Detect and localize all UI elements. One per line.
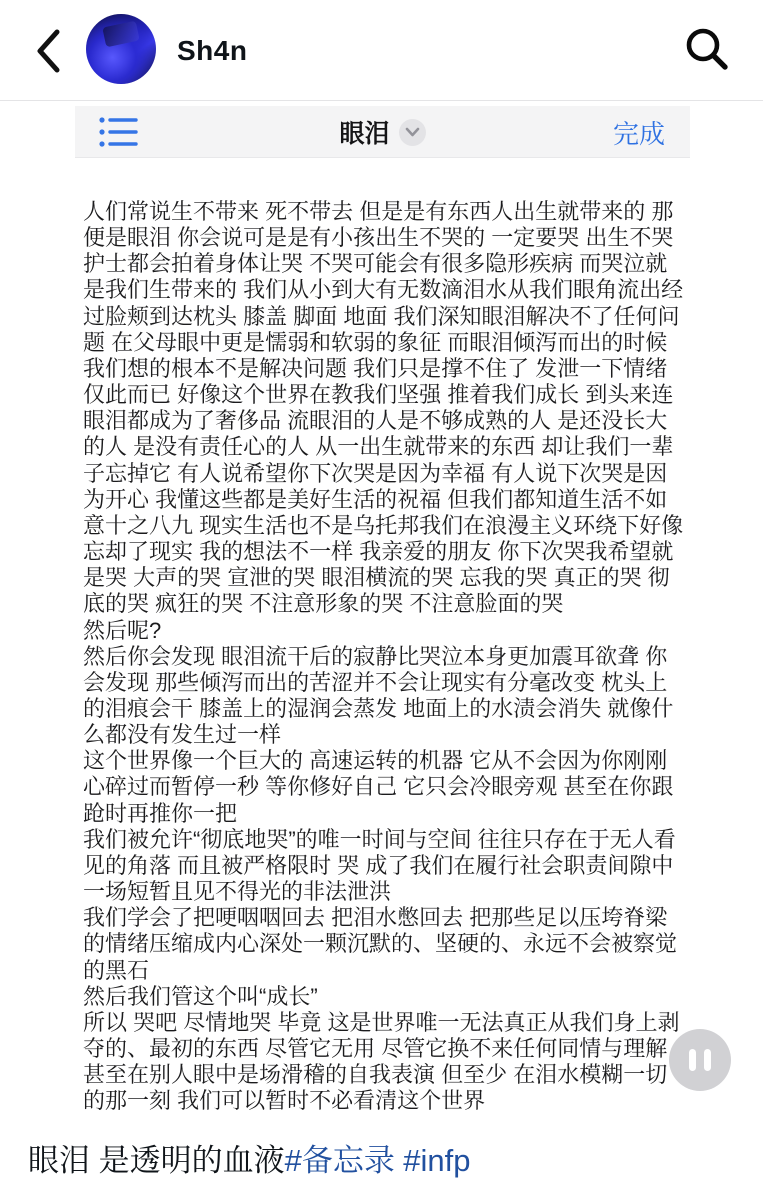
hashtag-infp[interactable]: #infp (403, 1143, 470, 1178)
note-paragraph: 这个世界像一个巨大的 高速运转的机器 它从不会因为你刚刚心碎过而暂停一秒 等你修… (83, 748, 684, 826)
username[interactable]: Sh4n (177, 0, 247, 101)
pause-icon (704, 1049, 711, 1071)
pause-icon (689, 1049, 696, 1071)
note-paragraph: 人们常说生不带来 死不带去 但是是有东西人出生就带来的 那便是眼泪 你会说可是是… (83, 199, 684, 618)
note-paragraph: 所以 哭吧 尽情地哭 毕竟 这是世界唯一无法真正从我们身上剥夺的、最初的东西 尽… (83, 1010, 684, 1115)
note-title-group: 眼泪 (75, 106, 690, 158)
note-paragraph: 然后你会发现 眼泪流干后的寂静比哭泣本身更加震耳欲聋 你会发现 那些倾泻而出的苦… (83, 644, 684, 749)
tweet-caption: 眼泪 是透明的血液#备忘录#infp (28, 1140, 748, 1182)
note-header: 眼泪 完成 (75, 106, 690, 158)
note-paragraph: 然后呢? (83, 618, 684, 644)
hashtag-beiwanglu[interactable]: #备忘录 (285, 1143, 395, 1178)
done-button[interactable]: 完成 (613, 106, 665, 158)
back-button[interactable] (30, 28, 66, 78)
note-paragraph: 我们被允许“彻底地哭”的唯一时间与空间 往往只存在于无人看见的角落 而且被严格限… (83, 827, 684, 905)
pause-button[interactable] (669, 1029, 731, 1091)
search-button[interactable] (680, 24, 736, 80)
chevron-down-icon (405, 127, 420, 137)
app-bar: Sh4n (0, 0, 763, 101)
note-title: 眼泪 (339, 114, 389, 150)
note-body: 人们常说生不带来 死不带去 但是是有东西人出生就带来的 那便是眼泪 你会说可是是… (75, 158, 690, 1130)
search-icon (683, 25, 733, 80)
note-paragraph: 我们学会了把哽咽咽回去 把泪水憋回去 把那些足以压垮脊梁的情绪压缩成内心深处一颗… (83, 905, 684, 983)
caption-text: 眼泪 是透明的血液 (28, 1143, 285, 1178)
video-frame[interactable]: 眼泪 完成 人们常说生不带来 死不带去 但是是有东西人出生就带来的 那便是眼泪 … (75, 106, 690, 1130)
avatar[interactable] (86, 14, 156, 84)
title-dropdown-button[interactable] (399, 119, 426, 146)
note-paragraph: 然后我们管这个叫“成长” (83, 984, 684, 1010)
chevron-left-icon (35, 28, 61, 79)
screen: Sh4n (0, 0, 763, 1199)
